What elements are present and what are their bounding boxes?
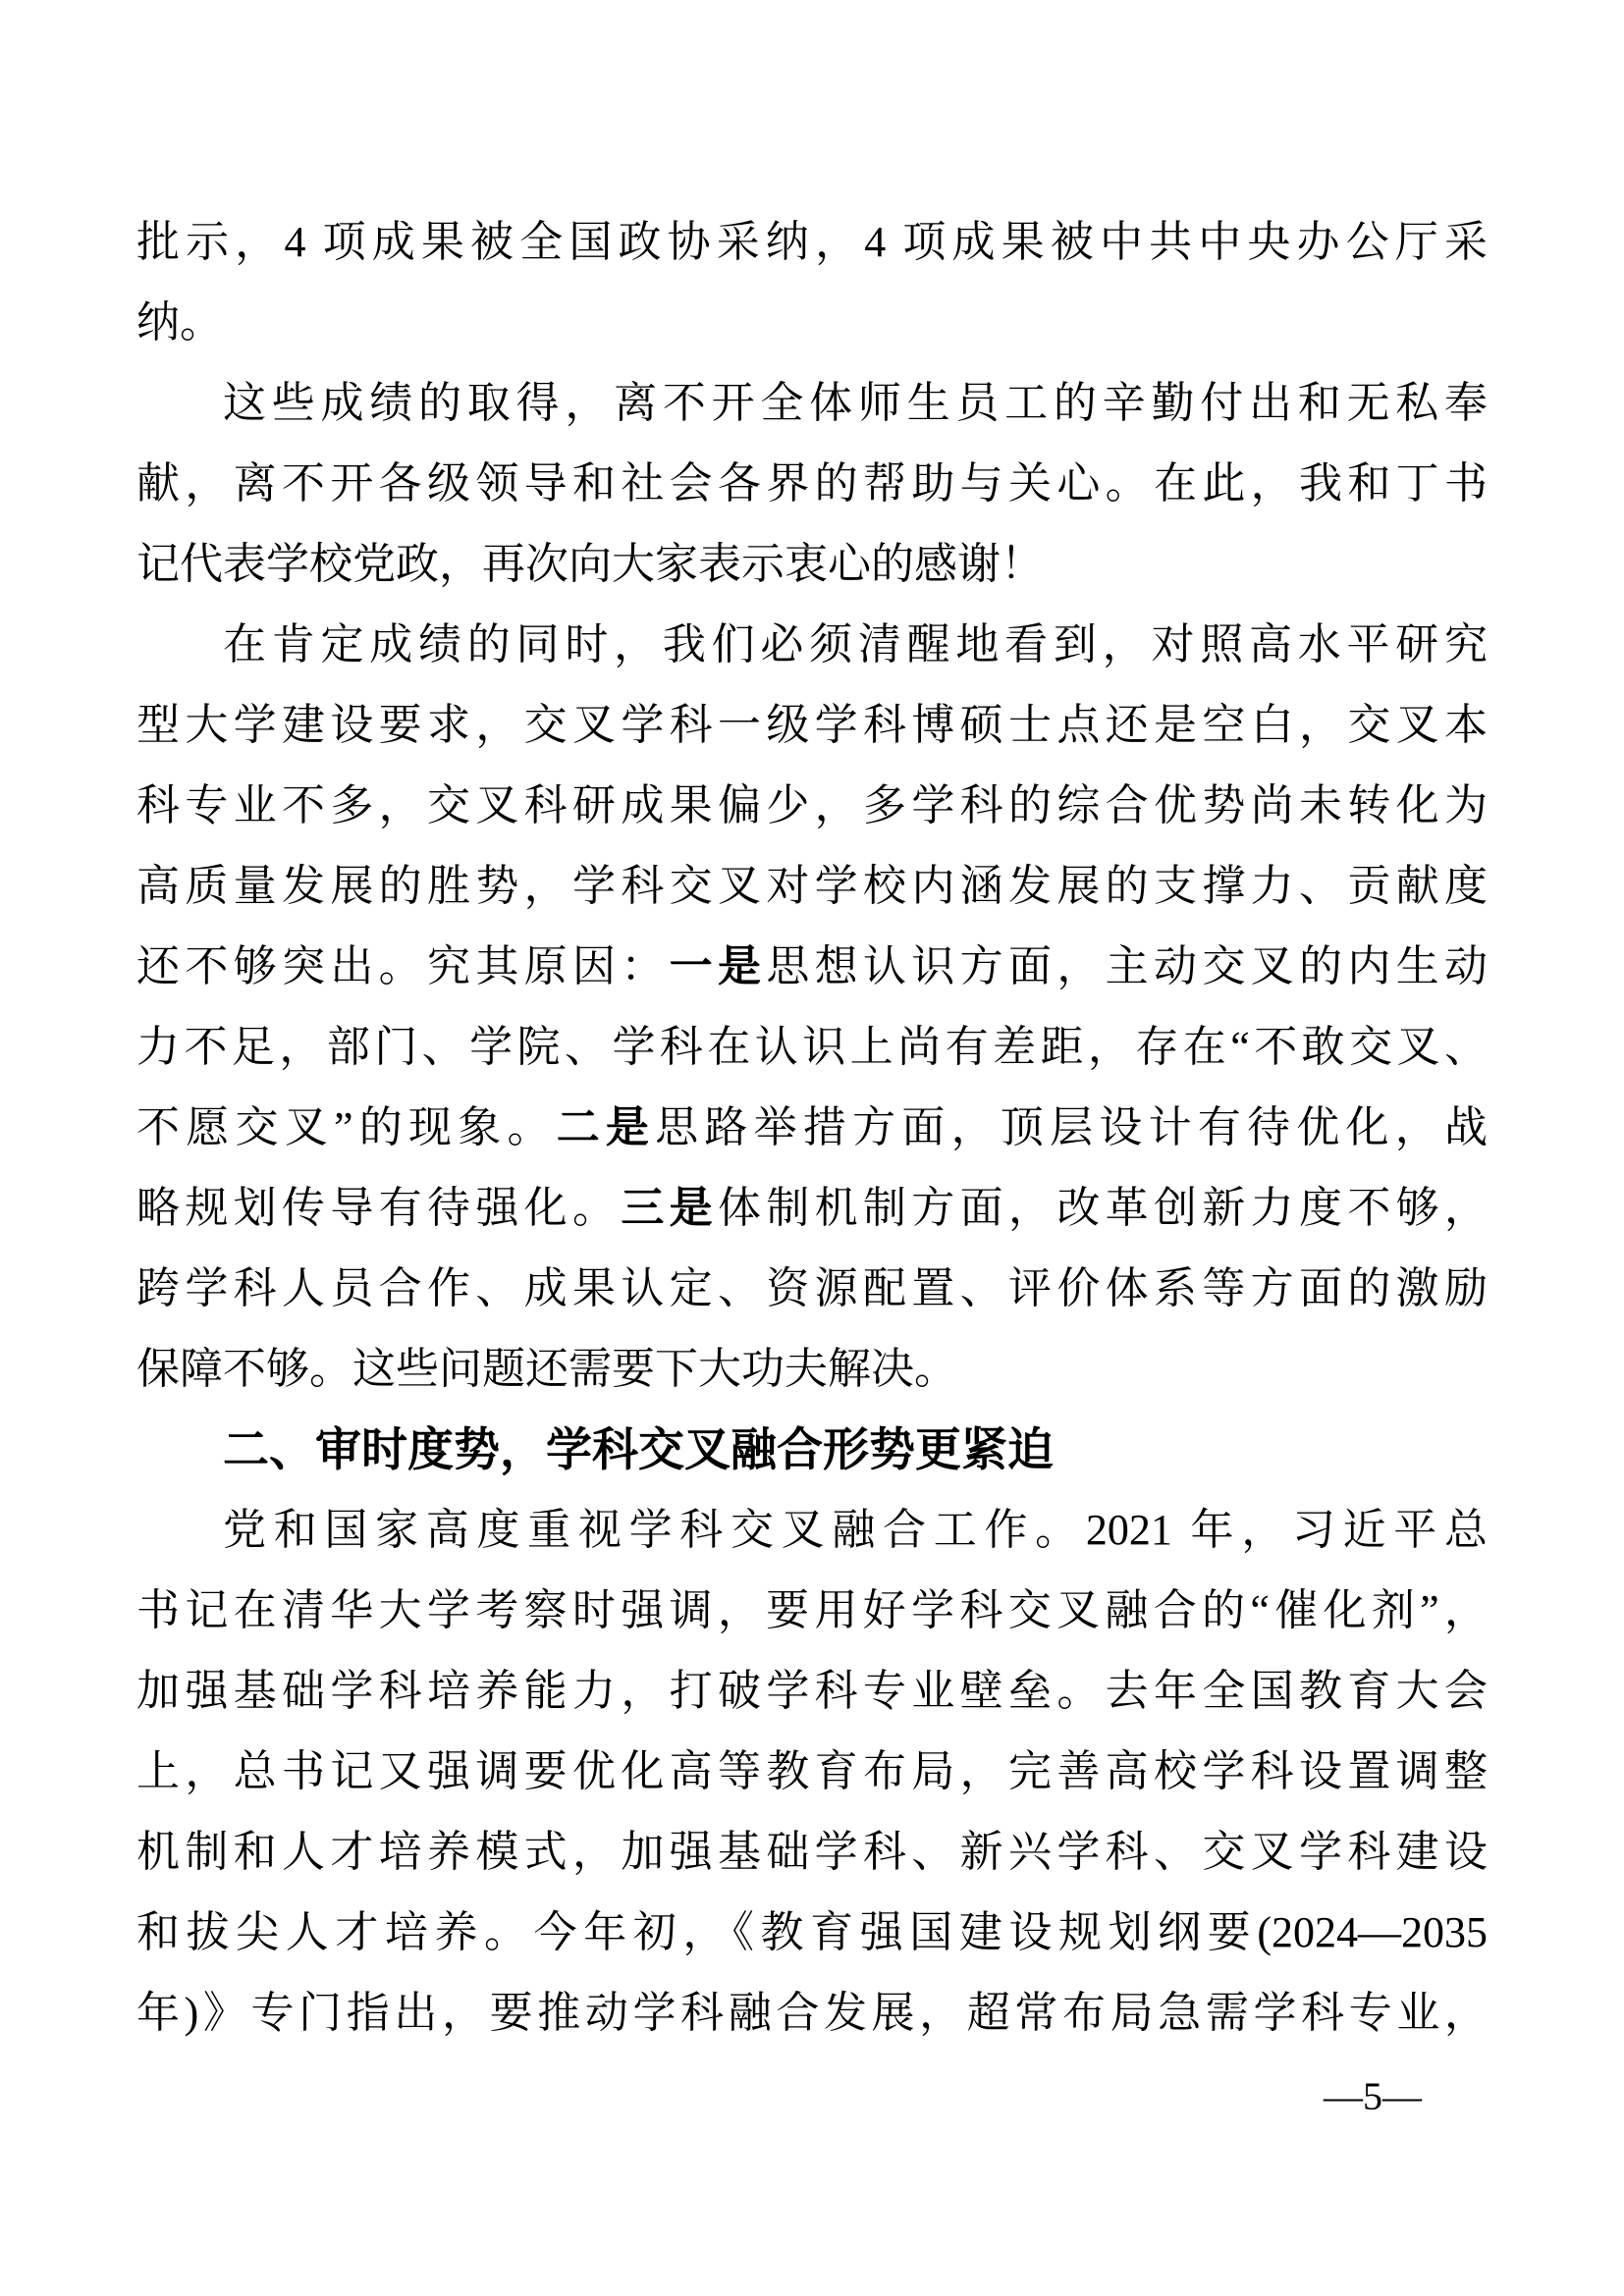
text-segment: 保障不够。这些问题还需要下大功夫解决。 <box>136 1345 957 1393</box>
text-line: 纳。 <box>136 283 1488 363</box>
text-segment: 这些成绩的取得，离不开全体师生员工的辛勤付出和无私奉 <box>223 379 1488 427</box>
text-segment: 二、审时度势，学科交叉融合形势更紧迫 <box>223 1423 1054 1475</box>
text-segment: 一是 <box>670 942 767 990</box>
text-line: 记代表学校党政，再次向大家表示衷心的感谢！ <box>136 524 1488 605</box>
text-segment: 在肯定成绩的同时，我们必须清醒地看到，对照高水平研究 <box>223 620 1488 668</box>
text-segment: 还不够突出。究其原因： <box>136 942 670 990</box>
text-line: 党和国家高度重视学科交叉融合工作。2021 年，习近平总 <box>136 1490 1488 1571</box>
text-line: 和拔尖人才培养。今年初，《教育强国建设规划纲要(2024—2035 <box>136 1893 1488 1973</box>
text-line: 型大学建设要求，交叉学科一级学科博硕士点还是空白，交叉本 <box>136 685 1488 766</box>
text-line: 保障不够。这些问题还需要下大功夫解决。 <box>136 1329 1488 1410</box>
text-line: 这些成绩的取得，离不开全体师生员工的辛勤付出和无私奉 <box>136 363 1488 444</box>
text-body: 批示，4 项成果被全国政协采纳，4 项成果被中共中央办公厅采纳。这些成绩的取得，… <box>136 202 1488 2054</box>
page-number: —5— <box>1324 2073 1422 2120</box>
section-heading: 二、审时度势，学科交叉融合形势更紧迫 <box>136 1410 1488 1490</box>
text-line: 科专业不多，交叉科研成果偏少，多学科的综合优势尚未转化为 <box>136 766 1488 846</box>
text-segment: 党和国家高度重视学科交叉融合工作。2021 年，习近平总 <box>223 1506 1488 1554</box>
text-segment: 思路举措方面，顶层设计有待优化，战 <box>655 1103 1488 1151</box>
text-segment: 年)》专门指出，要推动学科融合发展，超常布局急需学科专业， <box>136 1989 1488 2037</box>
text-segment: 机制和人才培养模式，加强基础学科、新兴学科、交叉学科建设 <box>136 1828 1488 1876</box>
text-segment: 高质量发展的胜势，学科交叉对学校内涵发展的支撑力、贡献度 <box>136 862 1488 910</box>
text-line: 力不足，部门、学院、学科在认识上尚有差距，存在“不敢交叉、 <box>136 1007 1488 1088</box>
document-page: 批示，4 项成果被全国政协采纳，4 项成果被中共中央办公厅采纳。这些成绩的取得，… <box>0 0 1624 2296</box>
text-segment: 二是 <box>557 1103 655 1151</box>
text-line: 书记在清华大学考察时强调，要用好学科交叉融合的“催化剂”， <box>136 1571 1488 1651</box>
text-line: 在肯定成绩的同时，我们必须清醒地看到，对照高水平研究 <box>136 605 1488 685</box>
text-segment: 略规划传导有待强化。 <box>136 1184 621 1232</box>
text-line: 高质量发展的胜势，学科交叉对学校内涵发展的支撑力、贡献度 <box>136 846 1488 927</box>
text-segment: 和拔尖人才培养。今年初，《教育强国建设规划纲要(2024—2035 <box>136 1908 1488 1956</box>
text-line: 上，总书记又强调要优化高等教育布局，完善高校学科设置调整 <box>136 1732 1488 1812</box>
text-line: 略规划传导有待强化。三是体制机制方面，改革创新力度不够， <box>136 1168 1488 1249</box>
text-segment: 加强基础学科培养能力，打破学科专业壁垒。去年全国教育大会 <box>136 1667 1488 1715</box>
text-line: 不愿交叉”的现象。二是思路举措方面，顶层设计有待优化，战 <box>136 1088 1488 1168</box>
text-segment: 力不足，部门、学院、学科在认识上尚有差距，存在“不敢交叉、 <box>136 1023 1488 1071</box>
text-segment: 思想认识方面，主动交叉的内生动 <box>766 942 1488 990</box>
text-line: 跨学科人员合作、成果认定、资源配置、评价体系等方面的激励 <box>136 1249 1488 1329</box>
text-line: 批示，4 项成果被全国政协采纳，4 项成果被中共中央办公厅采 <box>136 202 1488 283</box>
text-segment: 三是 <box>621 1184 718 1232</box>
text-segment: 记代表学校党政，再次向大家表示衷心的感谢！ <box>136 540 1044 588</box>
text-line: 年)》专门指出，要推动学科融合发展，超常布局急需学科专业， <box>136 1973 1488 2054</box>
text-segment: 献，离不开各级领导和社会各界的帮助与关心。在此，我和丁书 <box>136 459 1488 507</box>
text-segment: 科专业不多，交叉科研成果偏少，多学科的综合优势尚未转化为 <box>136 781 1488 829</box>
text-line: 加强基础学科培养能力，打破学科专业壁垒。去年全国教育大会 <box>136 1651 1488 1732</box>
text-segment: 型大学建设要求，交叉学科一级学科博硕士点还是空白，交叉本 <box>136 701 1488 749</box>
text-segment: 纳。 <box>136 298 223 347</box>
text-segment: 不愿交叉”的现象。 <box>136 1103 557 1151</box>
text-segment: 批示，4 项成果被全国政协采纳，4 项成果被中共中央办公厅采 <box>136 218 1488 266</box>
text-segment: 书记在清华大学考察时强调，要用好学科交叉融合的“催化剂”， <box>136 1586 1488 1634</box>
text-segment: 跨学科人员合作、成果认定、资源配置、评价体系等方面的激励 <box>136 1264 1488 1312</box>
text-line: 机制和人才培养模式，加强基础学科、新兴学科、交叉学科建设 <box>136 1812 1488 1893</box>
text-segment: 体制机制方面，改革创新力度不够， <box>718 1184 1488 1232</box>
text-segment: 上，总书记又强调要优化高等教育布局，完善高校学科设置调整 <box>136 1747 1488 1795</box>
text-line: 献，离不开各级领导和社会各界的帮助与关心。在此，我和丁书 <box>136 444 1488 524</box>
text-line: 还不够突出。究其原因：一是思想认识方面，主动交叉的内生动 <box>136 927 1488 1007</box>
